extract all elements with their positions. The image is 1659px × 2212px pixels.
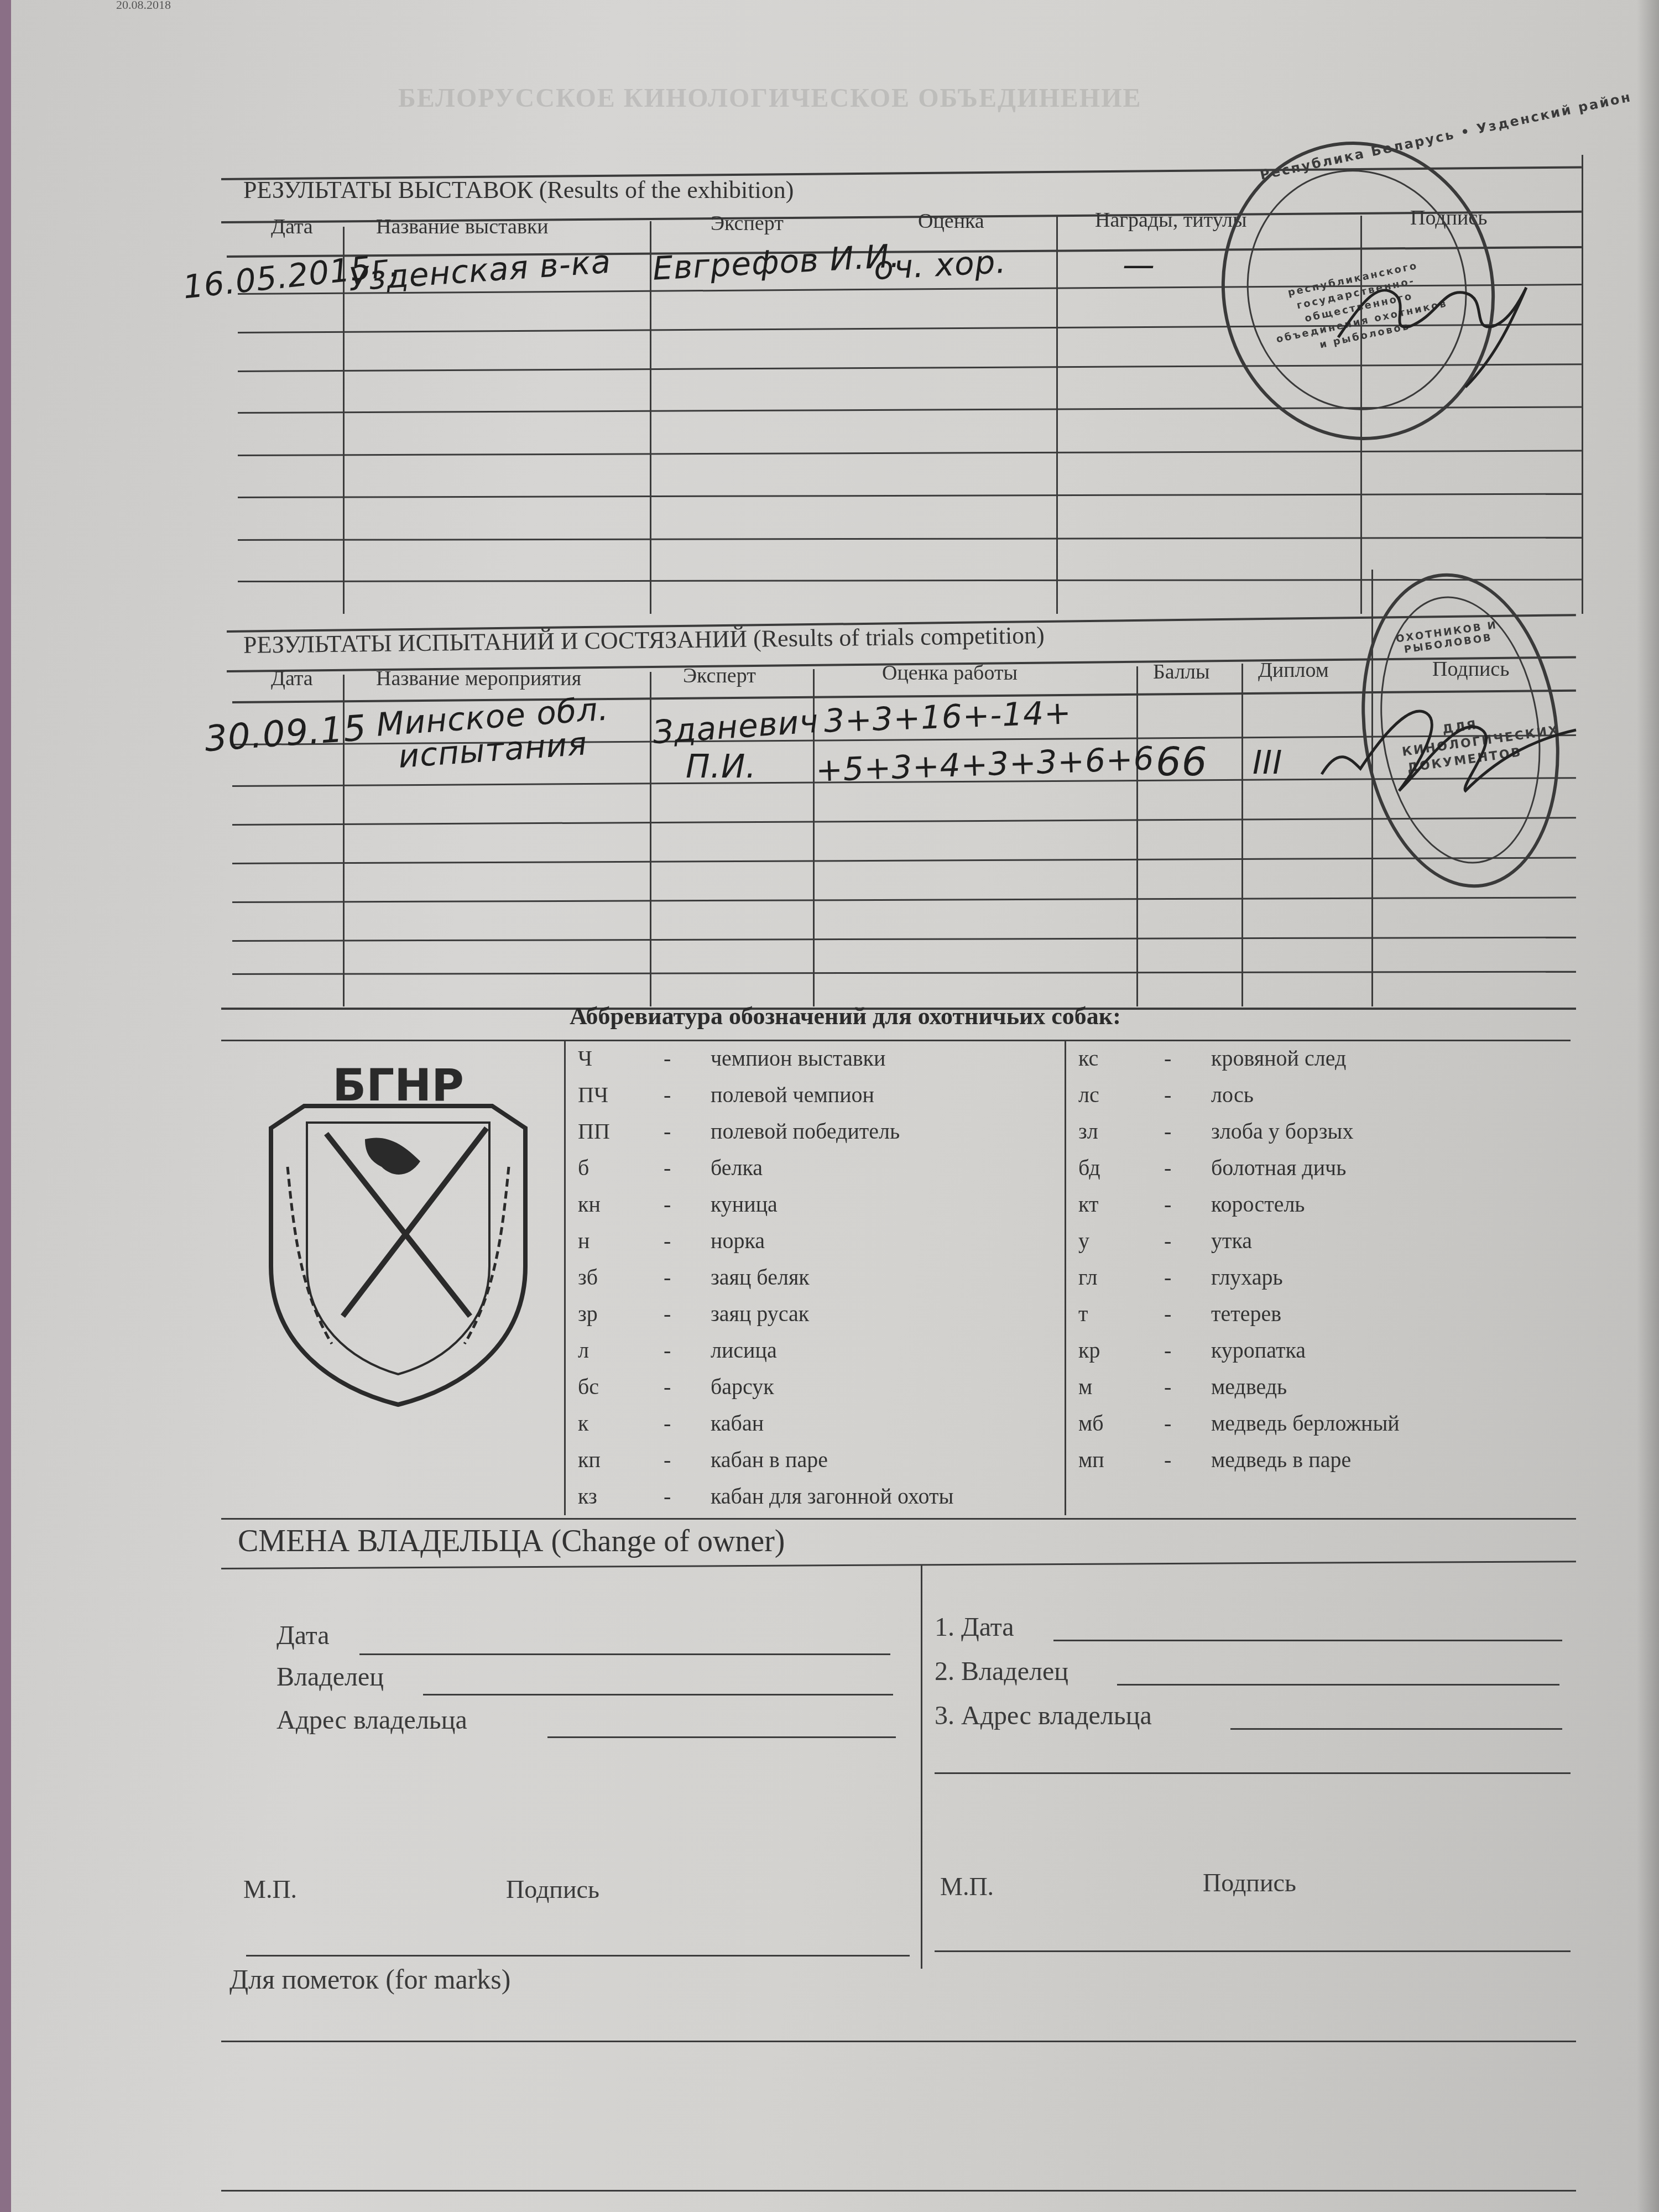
dash-separator: - [664,1410,711,1436]
abbreviation-meaning: полевой чемпион [711,1082,874,1108]
abbreviation-meaning: коростель [1211,1191,1305,1217]
abbreviation-meaning: заяц русак [711,1301,809,1327]
col-points: Баллы [1153,660,1209,684]
abbreviation-code: мп [1078,1447,1164,1473]
right-owner-field[interactable] [1117,1684,1559,1686]
abbreviation-code: зб [578,1264,664,1290]
left-signature-field[interactable] [246,1955,910,1957]
marks-field[interactable] [221,2041,1576,2042]
abbreviation-code: зл [1078,1118,1164,1144]
exhibition-expert: Евгрефов И.И. [652,237,901,287]
left-date-label: Дата [276,1620,330,1651]
abbreviation-row: т-тетерев [1078,1295,1400,1332]
right-address-field-2[interactable] [935,1772,1571,1774]
abbreviation-code: ПП [578,1118,664,1144]
exhibitions-title: РЕЗУЛЬТАТЫ ВЫСТАВОК (Results of the exhi… [243,176,794,204]
col-work-grade: Оценка работы [882,661,1018,685]
trial-grade-line1: 3+3+16+-14+ [823,693,1072,740]
left-address-label: Адрес владельца [276,1705,467,1735]
abbreviation-row: зл-злоба у борзых [1078,1113,1400,1149]
abbreviation-code: бс [578,1374,664,1400]
abbreviation-meaning: чемпион выставки [711,1045,885,1071]
abbreviation-list-left: Ч-чемпион выставкиПЧ-полевой чемпионПП-п… [578,1040,953,1514]
abbreviation-row: кз-кабан для загонной охоты [578,1478,953,1514]
divider [221,1561,1576,1569]
dash-separator: - [1164,1228,1211,1254]
col-divider [1241,664,1243,1006]
right-date-field[interactable] [1053,1640,1562,1641]
dash-separator: - [1164,1301,1211,1327]
dash-separator: - [664,1082,711,1108]
abbreviation-row: кп-кабан в паре [578,1441,953,1478]
abbreviation-meaning: кабан [711,1410,764,1436]
abbreviation-meaning: кабан в паре [711,1447,828,1473]
abbreviation-meaning: тетерев [1211,1301,1281,1327]
right-address-label: 3. Адрес владельца [935,1700,1152,1731]
abbreviation-row: лс-лось [1078,1076,1400,1113]
trial-expert-line1: Зданевич [651,702,820,752]
right-owner-label: 2. Владелец [935,1656,1068,1687]
abbreviation-code: лс [1078,1082,1164,1108]
exhibition-signature-icon [1327,238,1537,404]
right-date-label: 1. Дата [935,1612,1014,1642]
table-edge [1582,155,1583,614]
svg-text:БГНР: БГНР [332,1060,464,1111]
trial-diploma: III [1253,744,1282,781]
abbreviation-row: б-белка [578,1149,953,1186]
dash-separator: - [664,1374,711,1400]
col-divider [650,221,651,614]
abbreviation-code: зр [578,1301,664,1327]
abbreviation-code: гл [1078,1264,1164,1290]
abbreviation-code: кс [1078,1045,1164,1071]
dash-separator: - [664,1337,711,1363]
dash-separator: - [1164,1337,1211,1363]
dash-separator: - [1164,1374,1211,1400]
dash-separator: - [1164,1082,1211,1108]
abbreviation-meaning: лисица [711,1337,777,1363]
abbreviation-meaning: медведь берложный [1211,1410,1400,1436]
hunting-society-emblem-icon: БГНР [254,1056,542,1410]
abbreviation-row: м-медведь [1078,1368,1400,1405]
col-divider [650,672,651,1006]
left-seal-label: М.П. [243,1875,297,1904]
bleed-through-header: БЕЛОРУССКОЕ КИНОЛОГИЧЕСКОЕ ОБЪЕДИНЕНИЕ [398,83,1142,113]
dash-separator: - [664,1264,711,1290]
right-seal-label: М.П. [940,1872,994,1901]
abbreviation-code: кр [1078,1337,1164,1363]
col-event-name: Название мероприятия [376,666,581,691]
abbreviation-row: ПЧ-полевой чемпион [578,1076,953,1113]
abbreviation-row: у-утка [1078,1222,1400,1259]
col-awards: Награды, титулы [1095,208,1247,232]
abbreviation-meaning: кровяной след [1211,1045,1346,1071]
abbreviation-code: б [578,1155,664,1181]
owner-change-title: СМЕНА ВЛАДЕЛЬЦА (Change of owner) [238,1524,785,1559]
abbreviation-row: бс-барсук [578,1368,953,1405]
abbreviation-row: кт-коростель [1078,1186,1400,1222]
abbreviation-meaning: глухарь [1211,1264,1283,1290]
abbreviation-meaning: кабан для загонной охоты [711,1483,953,1509]
left-address-field[interactable] [547,1736,896,1738]
col-divider [1056,216,1058,614]
abbreviation-row: мб-медведь берложный [1078,1405,1400,1441]
corner-tag: 20.08.2018 [116,0,171,12]
marks-title: Для пометок (for marks) [229,1963,510,1995]
abbreviation-row: н-норка [578,1222,953,1259]
abbreviation-row: зр-заяц русак [578,1295,953,1332]
table-rule [232,897,1576,903]
table-rule [238,493,1582,498]
abbreviation-code: н [578,1228,664,1254]
abbreviation-code: л [578,1337,664,1363]
dash-separator: - [664,1228,711,1254]
abbreviation-row: л-лисица [578,1332,953,1368]
trials-title: РЕЗУЛЬТАТЫ ИСПЫТАНИЙ И СОСТЯЗАНИЙ (Resul… [243,621,1045,659]
trial-points: 66 [1156,738,1208,785]
right-signature-field[interactable] [935,1950,1571,1952]
abbreviation-code: Ч [578,1045,664,1071]
dash-separator: - [1164,1118,1211,1144]
left-owner-label: Владелец [276,1662,384,1692]
abbr-col-divider [1065,1040,1066,1515]
abbreviation-code: т [1078,1301,1164,1327]
abbreviation-row: кс-кровяной след [1078,1040,1400,1076]
document-page: 20.08.2018 БЕЛОРУССКОЕ КИНОЛОГИЧЕСКОЕ ОБ… [11,0,1659,2212]
col-divider [921,1565,922,1969]
dash-separator: - [1164,1191,1211,1217]
exhibition-grade: оч. хор. [873,243,1007,287]
abbreviation-meaning: барсук [711,1374,774,1400]
left-owner-field[interactable] [423,1694,893,1695]
abbreviation-code: мб [1078,1410,1164,1436]
abbreviations-title: Аббревиатура обозначений для охотничьих … [570,1002,1121,1030]
abbreviation-meaning: норка [711,1228,765,1254]
abbreviation-code: кт [1078,1191,1164,1217]
abbreviation-meaning: белка [711,1155,763,1181]
dash-separator: - [664,1301,711,1327]
exhibition-awards: — [1123,246,1155,284]
dash-separator: - [664,1045,711,1071]
abbreviation-list-right: кс-кровяной следлс-лосьзл-злоба у борзых… [1078,1040,1400,1478]
dash-separator: - [664,1155,711,1181]
abbreviation-meaning: полевой победитель [711,1118,900,1144]
dash-separator: - [1164,1447,1211,1473]
abbreviation-meaning: куропатка [1211,1337,1306,1363]
table-rule [232,857,1576,864]
col-expert: Эксперт [711,211,784,236]
right-signature-label: Подпись [1203,1868,1296,1897]
abbreviation-row: кн-куница [578,1186,953,1222]
dash-separator: - [1164,1410,1211,1436]
abbr-col-divider [564,1040,566,1515]
table-rule [232,971,1576,975]
abbreviation-code: кз [578,1483,664,1509]
divider [221,1518,1576,1520]
abbreviation-meaning: медведь в паре [1211,1447,1351,1473]
abbreviation-meaning: медведь [1211,1374,1287,1400]
dash-separator: - [664,1483,711,1509]
col-divider [1136,666,1138,1006]
abbreviation-row: к-кабан [578,1405,953,1441]
abbreviation-meaning: куница [711,1191,778,1217]
abbreviation-code: к [578,1410,664,1436]
trials-signature-icon [1316,680,1582,824]
abbreviation-row: Ч-чемпион выставки [578,1040,953,1076]
abbreviation-meaning: лось [1211,1082,1254,1108]
dash-separator: - [664,1447,711,1473]
page-bottom-rule [221,2190,1576,2192]
col-date: Дата [271,666,313,691]
abbreviation-row: зб-заяц беляк [578,1259,953,1295]
table-rule [232,937,1576,942]
abbreviation-meaning: заяц беляк [711,1264,810,1290]
left-signature-label: Подпись [506,1875,599,1904]
dash-separator: - [1164,1264,1211,1290]
abbreviation-code: у [1078,1228,1164,1254]
abbreviation-meaning: злоба у борзых [1211,1118,1353,1144]
abbreviation-code: кп [578,1447,664,1473]
col-exhibition-name: Название выставки [376,215,549,239]
abbreviation-meaning: болотная дичь [1211,1155,1346,1181]
abbreviation-row: бд-болотная дичь [1078,1149,1400,1186]
dash-separator: - [664,1191,711,1217]
abbreviation-code: м [1078,1374,1164,1400]
dash-separator: - [1164,1155,1211,1181]
table-rule [238,579,1582,582]
abbreviation-code: бд [1078,1155,1164,1181]
table-rule [238,537,1582,541]
abbreviation-row: гл-глухарь [1078,1259,1400,1295]
col-expert: Эксперт [683,664,756,688]
col-grade: Оценка [918,209,984,233]
left-date-field[interactable] [359,1653,890,1655]
abbreviation-row: кр-куропатка [1078,1332,1400,1368]
dash-separator: - [664,1118,711,1144]
col-date: Дата [271,215,313,239]
col-diploma: Диплом [1258,658,1329,682]
abbreviation-row: ПП-полевой победитель [578,1113,953,1149]
dash-separator: - [1164,1045,1211,1071]
table-rule [238,450,1582,456]
abbreviation-meaning: утка [1211,1228,1252,1254]
abbreviation-row: мп-медведь в паре [1078,1441,1400,1478]
trial-expert-line2: П.И. [686,748,757,785]
right-address-field[interactable] [1230,1728,1562,1730]
abbreviation-code: кн [578,1191,664,1217]
abbreviation-code: ПЧ [578,1082,664,1108]
